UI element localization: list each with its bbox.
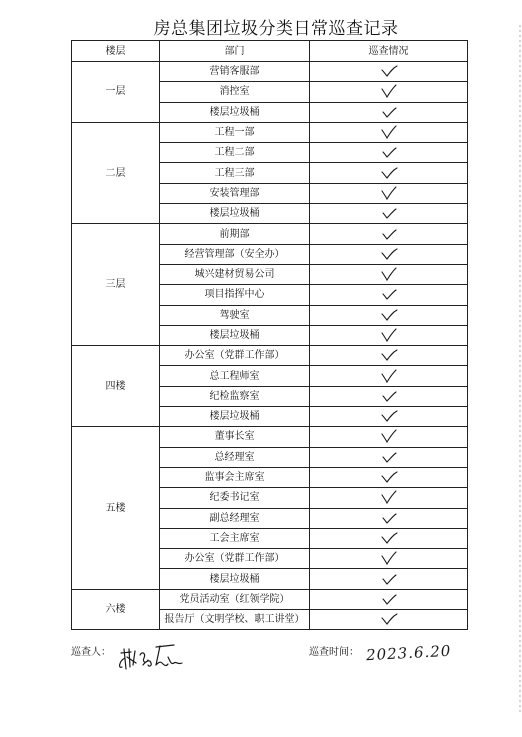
- department-cell: 营销客服部: [160, 62, 310, 82]
- department-cell: 工程三部: [160, 163, 310, 183]
- department-cell: 纪委书记室: [160, 488, 310, 508]
- check-mark-icon: [380, 470, 398, 484]
- status-cell: [310, 204, 468, 224]
- department-cell: 报告厅（文明学校、职工讲堂）: [160, 610, 310, 630]
- status-cell: [310, 467, 468, 487]
- department-cell: 总工程师室: [160, 366, 310, 386]
- table-row: 一层营销客服部: [72, 62, 468, 82]
- department-cell: 办公室（党群工作部）: [160, 549, 310, 569]
- department-cell: 楼层垃圾桶: [160, 325, 310, 345]
- status-cell: [310, 264, 468, 284]
- check-mark-icon: [380, 287, 398, 301]
- page-title: 房总集团垃圾分类日常巡查记录: [0, 19, 522, 39]
- check-mark-icon: [380, 409, 398, 423]
- inspection-table: 楼层 部门 巡查情况 一层营销客服部消控室楼层垃圾桶二层工程一部工程二部工程三部…: [71, 40, 468, 630]
- check-mark-icon: [380, 227, 398, 241]
- department-cell: 经营管理部（安全办）: [160, 244, 310, 264]
- check-mark-icon: [380, 247, 398, 261]
- status-cell: [310, 508, 468, 528]
- status-cell: [310, 366, 468, 386]
- department-cell: 党员活动室（红领学院）: [160, 589, 310, 609]
- status-cell: [310, 122, 468, 142]
- check-mark-icon: [380, 105, 398, 119]
- check-mark-icon: [380, 572, 398, 586]
- header-department: 部门: [160, 41, 310, 62]
- status-cell: [310, 102, 468, 122]
- check-mark-icon: [380, 369, 398, 383]
- status-cell: [310, 386, 468, 406]
- department-cell: 消控室: [160, 82, 310, 102]
- check-mark-icon: [380, 490, 398, 504]
- check-mark-icon: [380, 450, 398, 464]
- status-cell: [310, 528, 468, 548]
- department-cell: 安装管理部: [160, 183, 310, 203]
- table-row: 五楼董事长室: [72, 427, 468, 447]
- check-mark-icon: [380, 348, 398, 362]
- table-header-row: 楼层 部门 巡查情况: [72, 41, 468, 62]
- department-cell: 董事长室: [160, 427, 310, 447]
- department-cell: 楼层垃圾桶: [160, 102, 310, 122]
- check-mark-icon: [380, 206, 398, 220]
- status-cell: [310, 407, 468, 427]
- table-body: 一层营销客服部消控室楼层垃圾桶二层工程一部工程二部工程三部安装管理部楼层垃圾桶三…: [72, 62, 468, 630]
- department-cell: 监事会主席室: [160, 467, 310, 487]
- status-cell: [310, 589, 468, 609]
- inspection-time-label: 巡查时间：: [309, 643, 359, 658]
- check-mark-icon: [380, 511, 398, 525]
- table-row: 三层前期部: [72, 224, 468, 244]
- header-status: 巡查情况: [310, 41, 468, 62]
- check-mark-icon: [380, 531, 398, 545]
- status-cell: [310, 143, 468, 163]
- status-cell: [310, 346, 468, 366]
- check-mark-icon: [380, 308, 398, 322]
- status-cell: [310, 224, 468, 244]
- department-cell: 楼层垃圾桶: [160, 569, 310, 589]
- department-cell: 城兴建材贸易公司: [160, 264, 310, 284]
- status-cell: [310, 305, 468, 325]
- scan-edge: [519, 25, 521, 715]
- status-cell: [310, 447, 468, 467]
- floor-cell: 四楼: [72, 346, 160, 427]
- status-cell: [310, 62, 468, 82]
- floor-cell: 一层: [72, 62, 160, 123]
- check-mark-icon: [380, 64, 398, 78]
- department-cell: 总经理室: [160, 447, 310, 467]
- department-cell: 办公室（党群工作部）: [160, 346, 310, 366]
- status-cell: [310, 549, 468, 569]
- department-cell: 工程一部: [160, 122, 310, 142]
- department-cell: 前期部: [160, 224, 310, 244]
- floor-cell: 二层: [72, 122, 160, 223]
- check-mark-icon: [380, 84, 398, 98]
- check-mark-icon: [380, 125, 398, 139]
- check-mark-icon: [380, 612, 398, 626]
- department-cell: 工程二部: [160, 143, 310, 163]
- floor-cell: 三层: [72, 224, 160, 346]
- table-row: 二层工程一部: [72, 122, 468, 142]
- check-mark-icon: [380, 551, 398, 565]
- status-cell: [310, 244, 468, 264]
- status-cell: [310, 610, 468, 630]
- header-floor: 楼层: [72, 41, 160, 62]
- inspector-label: 巡查人：: [71, 643, 111, 658]
- floor-cell: 五楼: [72, 427, 160, 589]
- department-cell: 楼层垃圾桶: [160, 407, 310, 427]
- inspector-signature: [116, 643, 191, 673]
- check-mark-icon: [380, 592, 398, 606]
- check-mark-icon: [380, 389, 398, 403]
- inspection-date: 2023.6.20: [366, 642, 452, 664]
- status-cell: [310, 285, 468, 305]
- department-cell: 纪检监察室: [160, 386, 310, 406]
- table-row: 六楼党员活动室（红领学院）: [72, 589, 468, 609]
- status-cell: [310, 427, 468, 447]
- status-cell: [310, 183, 468, 203]
- check-mark-icon: [380, 145, 398, 159]
- check-mark-icon: [380, 166, 398, 180]
- status-cell: [310, 488, 468, 508]
- table-row: 四楼办公室（党群工作部）: [72, 346, 468, 366]
- floor-cell: 六楼: [72, 589, 160, 630]
- status-cell: [310, 82, 468, 102]
- status-cell: [310, 325, 468, 345]
- check-mark-icon: [380, 328, 398, 342]
- status-cell: [310, 569, 468, 589]
- check-mark-icon: [380, 186, 398, 200]
- department-cell: 楼层垃圾桶: [160, 204, 310, 224]
- check-mark-icon: [380, 267, 398, 281]
- document-title: 房总集团垃圾分类日常巡查记录: [124, 19, 399, 39]
- department-cell: 驾驶室: [160, 305, 310, 325]
- department-cell: 工会主席室: [160, 528, 310, 548]
- department-cell: 项目指挥中心: [160, 285, 310, 305]
- status-cell: [310, 163, 468, 183]
- check-mark-icon: [380, 429, 398, 443]
- department-cell: 副总经理室: [160, 508, 310, 528]
